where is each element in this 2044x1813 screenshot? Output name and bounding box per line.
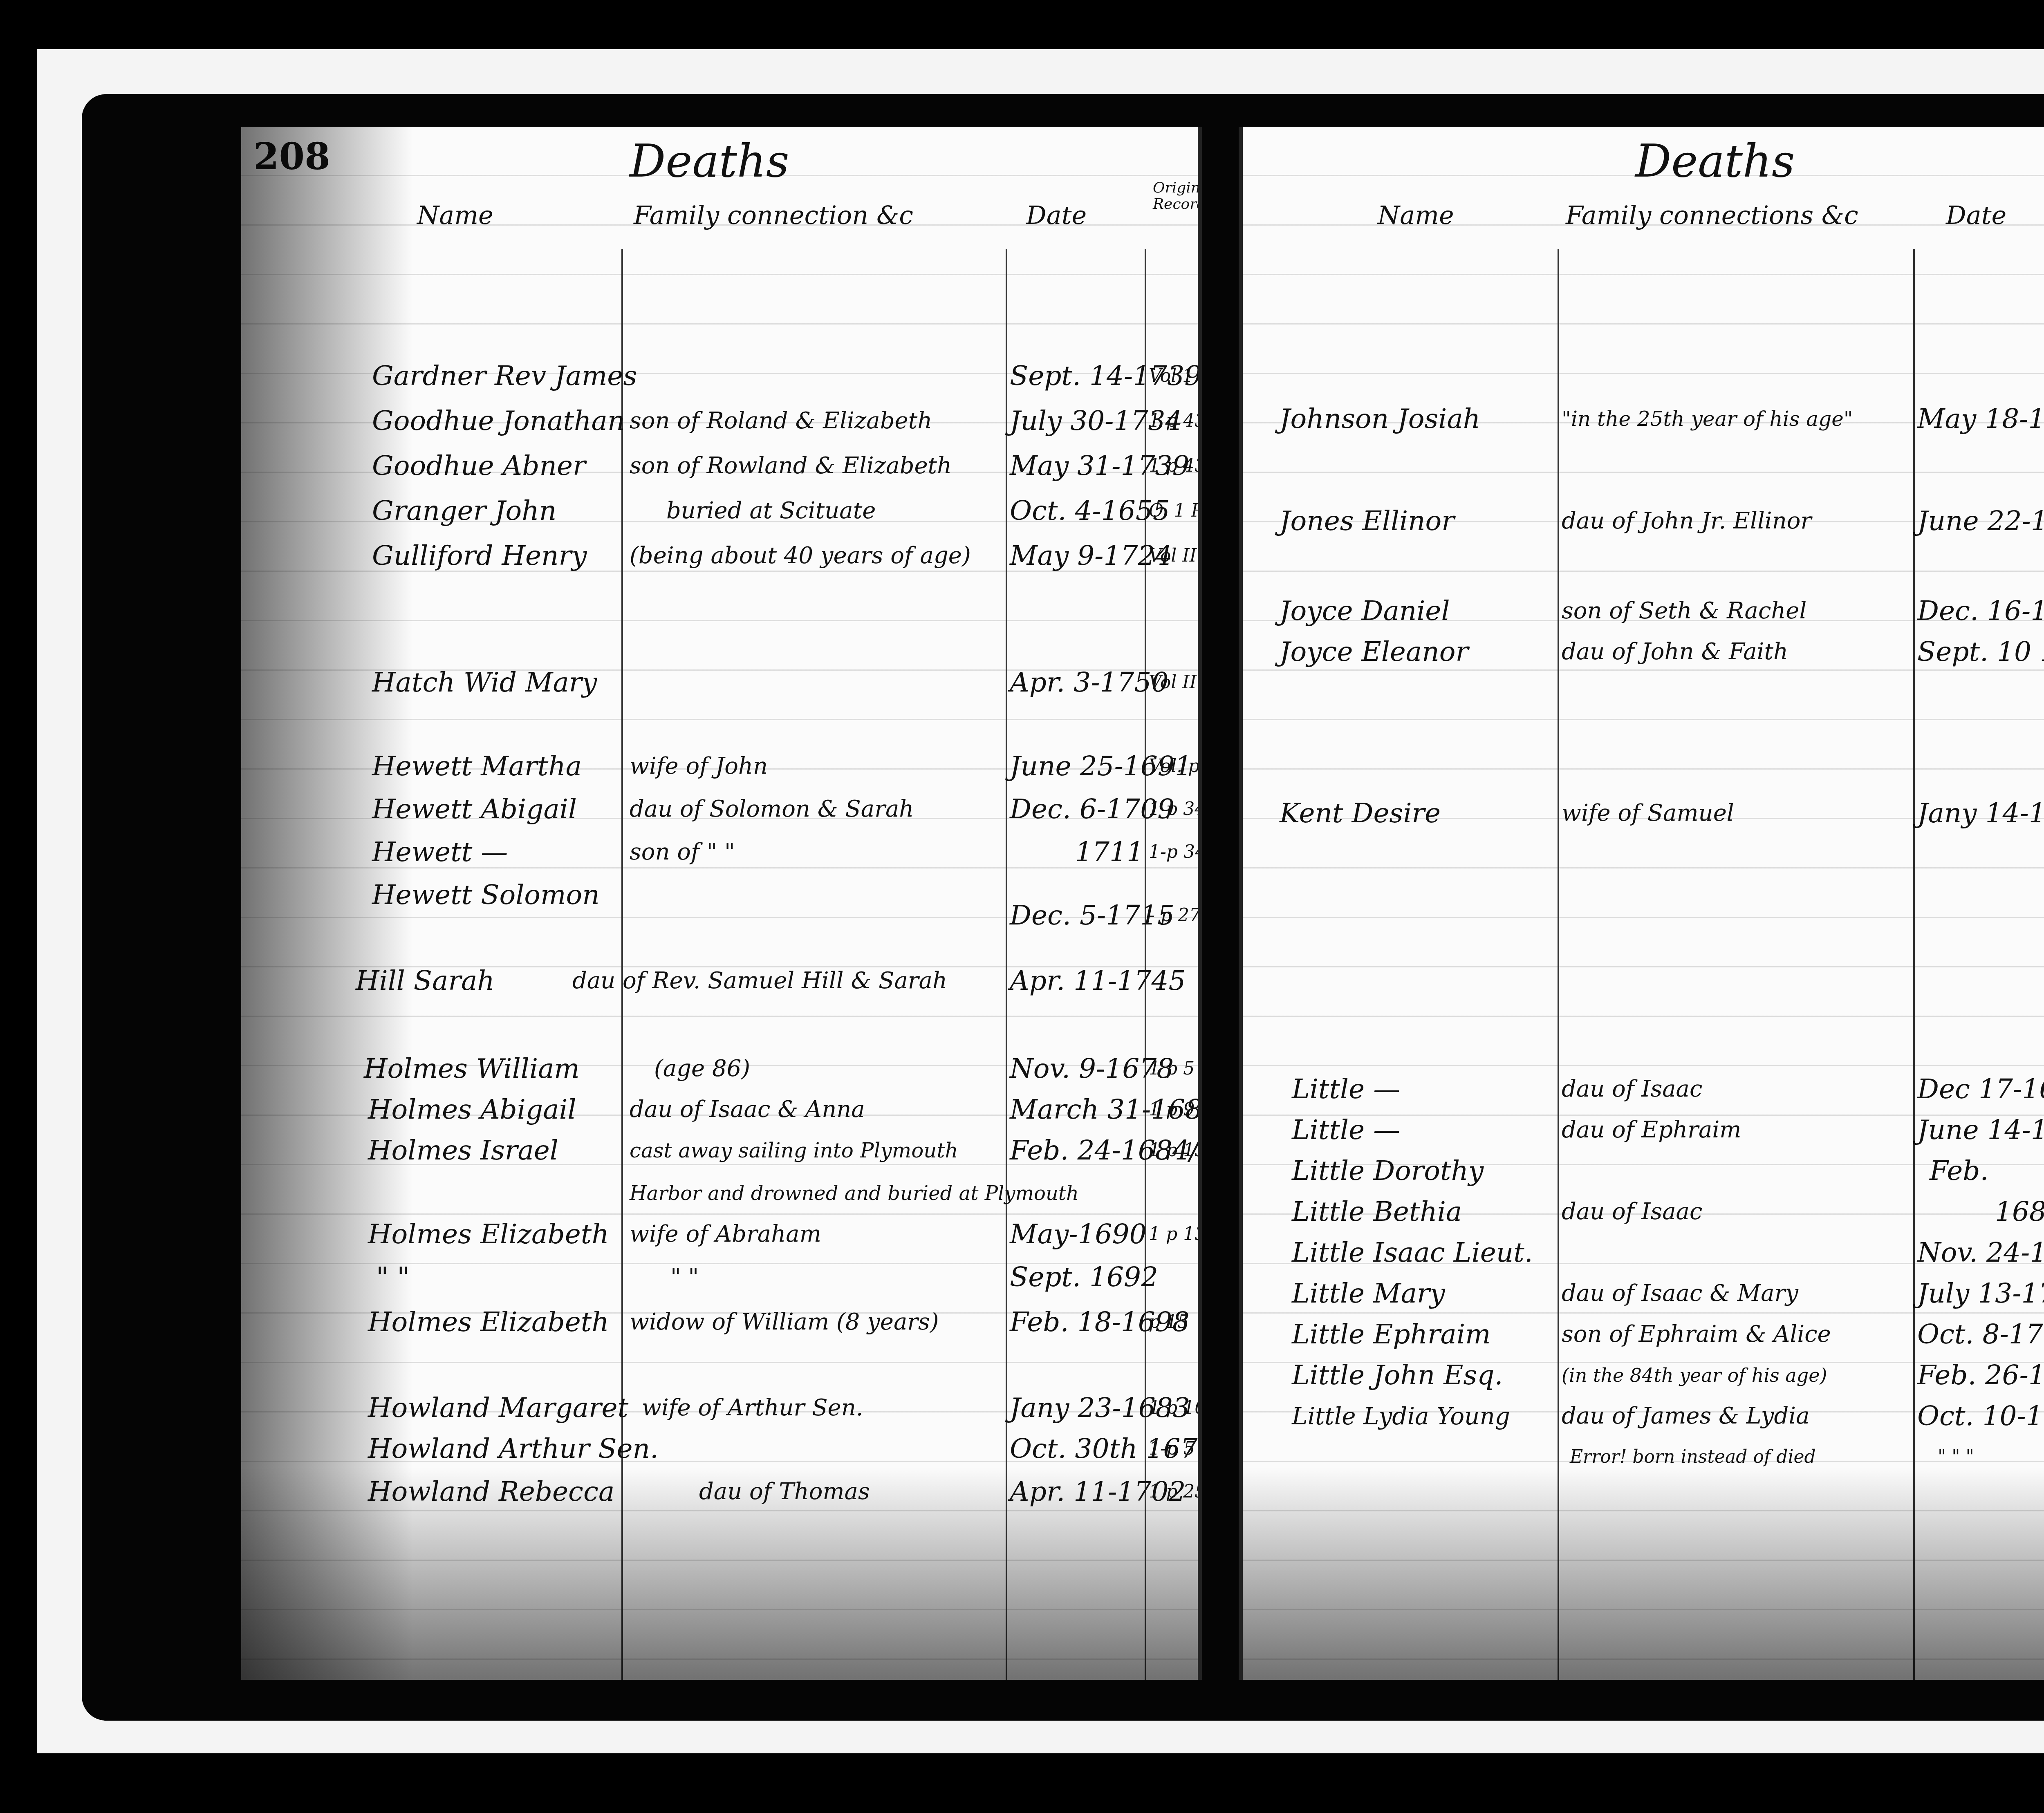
entry-date: Dec. 16-1727 <box>1917 589 2044 633</box>
table-row: Little Isaac Lieut. Nov. 24-1699 . p 19 <box>1243 1230 2044 1275</box>
entry-record: 1 p 43 <box>1149 398 1202 443</box>
table-row: Hewett Martha wife of John June 25-1691 … <box>241 744 1198 789</box>
entry-date: Apr. 3-1750 <box>1010 660 1168 705</box>
left-page: 208 Deaths Name Family connection &c Dat… <box>241 127 1202 1680</box>
column-header-name: Name <box>417 200 493 230</box>
entry-date: May 9-1724 <box>1010 533 1172 578</box>
table-row: Hatch Wid Mary Apr. 3-1750 Vol II p 109 <box>241 660 1198 705</box>
entry-record: 1 p 34 <box>1149 787 1202 832</box>
page-title: Deaths <box>630 135 789 187</box>
entry-name: Joyce Eleanor <box>1280 629 1468 674</box>
table-row: Hewett — son of " " 1711 1-p 34 <box>241 830 1198 875</box>
column-header-date: Date <box>1026 200 1087 230</box>
column-header-date: Date <box>1946 200 2006 230</box>
entry-name: Hewett — <box>372 830 508 875</box>
table-row: Gulliford Henry (being about 40 years of… <box>241 533 1198 578</box>
scan-shadow <box>1243 1467 2044 1680</box>
entry-date: June 14-1675 <box>1917 1108 2044 1153</box>
entry-name: Joyce Daniel <box>1280 589 1450 633</box>
entry-family: wife of Abraham <box>630 1212 821 1257</box>
entry-family: dau of James & Lydia <box>1562 1394 1810 1439</box>
table-row: Howland Rebecca dau of Thomas Apr. 11-17… <box>241 1469 1198 1514</box>
entry-name: Gulliford Henry <box>372 533 587 578</box>
table-row: Johnson Josiah "in the 25th year of his … <box>1243 396 2044 441</box>
entry-record: 1-p 5 <box>1149 1426 1195 1471</box>
entry-record: O. 1 P. 1 <box>1149 488 1202 533</box>
entry-family: cast away sailing into Plymouth <box>630 1128 958 1173</box>
entry-name: Hatch Wid Mary <box>372 660 597 705</box>
entry-date: June 22-1706 <box>1917 499 2044 544</box>
table-row: Little John Esq. (in the 84th year of hi… <box>1243 1353 2044 1398</box>
table-row: Little Mary dau of Isaac & Mary July 13-… <box>1243 1271 2044 1316</box>
table-row: Little Bethia dau of Isaac 1689 1 page 1… <box>1243 1189 2044 1234</box>
entry-name: Little — <box>1292 1067 1400 1112</box>
entry-date: Feb. <box>1930 1148 1988 1193</box>
table-row: Jones Ellinor dau of John Jr. Ellinor Ju… <box>1243 499 2044 544</box>
entry-date: Sept. 10 1763 <box>1917 629 2044 674</box>
column-header-family: Family connection &c <box>634 200 913 230</box>
entry-name: Goodhue Abner <box>372 443 586 488</box>
entry-family: dau of Isaac & Mary <box>1562 1271 1798 1316</box>
entry-date: Feb. 26-1767 <box>1917 1353 2044 1398</box>
entry-family: widow of William (8 years) <box>630 1300 939 1345</box>
entry-family: (age 86) <box>654 1046 750 1091</box>
entry-name: Granger John <box>372 488 556 533</box>
entry-family: dau of Isaac <box>1562 1067 1702 1112</box>
entry-family: dau of Solomon & Sarah <box>630 787 914 832</box>
entry-date: 1711 <box>1075 830 1144 875</box>
entry-name: Howland Rebecca <box>368 1469 614 1514</box>
entry-record: 1-p 34 <box>1149 830 1202 875</box>
entry-name: Holmes Elizabeth <box>368 1212 609 1257</box>
entry-date: Dec 17-1683 <box>1917 1067 2044 1112</box>
table-row: Joyce Daniel son of Seth & Rachel Dec. 1… <box>1243 589 2044 633</box>
entry-name: Little Dorothy <box>1292 1148 1484 1193</box>
table-row: Little Dorothy Feb. <box>1243 1148 2044 1193</box>
entry-family: son of Rowland & Elizabeth <box>630 443 952 488</box>
table-row: Hill Sarah dau of Rev. Samuel Hill & Sar… <box>241 958 1198 1003</box>
entry-name: Little Isaac Lieut. <box>1292 1230 1533 1275</box>
entry-date: Jany 14-1744 <box>1917 791 2044 836</box>
entry-family: dau of Thomas <box>699 1469 870 1514</box>
entry-record: 1 p 13 / 1 p 12 <box>1149 1212 1202 1257</box>
table-row: Granger John buried at Scituate Oct. 4-1… <box>241 488 1198 533</box>
entry-family: dau of Rev. Samuel Hill & Sarah <box>572 958 947 1003</box>
table-row: Goodhue Abner son of Rowland & Elizabeth… <box>241 443 1198 488</box>
table-row: Hewett Abigail dau of Solomon & Sarah De… <box>241 787 1198 832</box>
table-row: Howland Arthur Sen. Oct. 30th 1675 1-p 5 <box>241 1426 1198 1471</box>
entry-name: Little John Esq. <box>1292 1353 1503 1398</box>
entry-family: son of Ephraim & Alice <box>1562 1312 1831 1357</box>
entry-record: Vol II p 104 <box>1149 533 1202 578</box>
entry-family: dau of Ephraim <box>1562 1108 1741 1153</box>
table-row: Gardner Rev James Sept. 14-1739 Vol 1 p … <box>241 354 1198 398</box>
entry-date: 1689 <box>1995 1189 2044 1234</box>
entry-name: Holmes Israel <box>368 1128 558 1173</box>
entry-name: Jones Ellinor <box>1280 499 1455 544</box>
entry-record: 1 p 10 <box>1149 1385 1202 1430</box>
entry-name: Holmes Abigail <box>368 1087 576 1132</box>
entry-name: Little Ephraim <box>1292 1312 1491 1357</box>
table-row: Kent Desire wife of Samuel Jany 14-1744 … <box>1243 791 2044 836</box>
entry-name: Hill Sarah <box>356 958 495 1003</box>
table-row: Holmes Abigail dau of Isaac & Anna March… <box>241 1087 1198 1132</box>
entry-record: 1 p 25 <box>1149 1469 1202 1514</box>
entry-name: Howland Arthur Sen. <box>368 1426 659 1471</box>
entry-family: dau of John Jr. Ellinor <box>1562 499 1811 544</box>
entry-name: Johnson Josiah <box>1280 396 1480 441</box>
table-row: Holmes Elizabeth widow of William (8 yea… <box>241 1300 1198 1345</box>
entry-record: 1 p 43 <box>1149 443 1202 488</box>
entry-name: Holmes Elizabeth <box>368 1300 609 1345</box>
entry-name: Hewett Solomon <box>372 873 600 918</box>
table-row: Holmes William (age 86) Nov. 9-1678 1 p … <box>241 1046 1198 1091</box>
entry-family: wife of John <box>630 744 768 789</box>
entry-name: Little Bethia <box>1292 1189 1462 1234</box>
entry-date: Oct. 10-1790 <box>1917 1394 2044 1439</box>
entry-family: Error! born instead of died <box>1570 1435 1816 1479</box>
entry-family: buried at Scituate <box>666 488 876 533</box>
entry-record: Vol II p 109 <box>1149 660 1202 705</box>
entry-family: son of Roland & Elizabeth <box>630 398 932 443</box>
entry-family: wife of Arthur Sen. <box>642 1385 863 1430</box>
entry-name: Hewett Abigail <box>372 787 577 832</box>
entry-record: 1 p 13 <box>1149 1128 1202 1173</box>
entry-date: " " " <box>1938 1435 1974 1479</box>
entry-date: Apr. 11-1745 <box>1010 958 1186 1003</box>
column-header-name: Name <box>1378 200 1454 230</box>
entry-family: "in the 25th year of his age" <box>1562 396 1853 441</box>
entry-date: May 18-1724 <box>1917 396 2044 441</box>
entry-date: May-1690 <box>1010 1212 1146 1257</box>
entry-record: 1 p 9 <box>1149 1087 1195 1132</box>
table-row: Howland Margaret wife of Arthur Sen. Jan… <box>241 1385 1198 1430</box>
entry-name: Goodhue Jonathan <box>372 398 625 443</box>
entry-family: dau of John & Faith <box>1562 629 1788 674</box>
entry-name: Little Lydia Young <box>1292 1394 1510 1439</box>
column-header-family: Family connections &c <box>1566 200 1858 230</box>
entry-family: " " <box>670 1255 699 1300</box>
entry-family: (being about 40 years of age) <box>630 533 971 578</box>
entry-family: (in the 84th year of his age) <box>1562 1353 1827 1398</box>
page-title: Deaths <box>1635 135 1795 187</box>
entry-family: son of " " <box>630 830 735 875</box>
entry-date: Sept. 1692 <box>1010 1255 1158 1300</box>
entry-date: Nov. 24-1699 <box>1917 1230 2044 1275</box>
table-row: Holmes Israel cast away sailing into Ply… <box>241 1128 1198 1173</box>
right-page: Deaths 209 Name Family connections &c Da… <box>1239 127 2044 1680</box>
entry-date: Oct. 4-1655 <box>1010 488 1170 533</box>
table-row: Joyce Eleanor dau of John & Faith Sept. … <box>1243 629 2044 674</box>
entry-name: Little Mary <box>1292 1271 1445 1316</box>
table-row: Holmes Elizabeth wife of Abraham May-169… <box>241 1212 1198 1257</box>
entry-name: Gardner Rev James <box>372 354 637 398</box>
table-row: " " " " Sept. 1692 <box>241 1255 1198 1300</box>
entry-record: 1 p 5 <box>1149 1046 1195 1091</box>
entry-name: Little — <box>1292 1108 1400 1153</box>
entry-record: Vol. page 12 <box>1149 744 1202 789</box>
entry-record: Vol 1 p 42 <box>1149 354 1202 398</box>
entry-family: dau of Isaac & Anna <box>630 1087 865 1132</box>
entry-family: Harbor and drowned and buried at Plymout… <box>630 1171 1079 1216</box>
entry-record: - p 27 <box>1149 893 1201 938</box>
table-row: Hewett Solomon Dec. 5-1715 - p 27 <box>241 873 1198 918</box>
table-row-annotation: Error! born instead of died " " " <box>1243 1435 2044 1479</box>
entry-date: July 13-1723 <box>1917 1271 2044 1316</box>
page-number: 208 <box>253 135 330 178</box>
table-row-continuation: Harbor and drowned and buried at Plymout… <box>241 1171 1198 1216</box>
entry-date: Oct. 8-1765 <box>1917 1312 2044 1357</box>
table-row: Little Ephraim son of Ephraim & Alice Oc… <box>1243 1312 2044 1357</box>
entry-family: son of Seth & Rachel <box>1562 589 1806 633</box>
table-row: Little — dau of Ephraim June 14-1675 1 p… <box>1243 1108 2044 1153</box>
entry-name: " " <box>376 1255 410 1300</box>
table-row: Goodhue Jonathan son of Roland & Elizabe… <box>241 398 1198 443</box>
column-header-record: Original Record <box>1153 180 1198 213</box>
entry-family: dau of Isaac <box>1562 1189 1702 1234</box>
table-row: Little — dau of Isaac Dec 17-1683 1 p 10 <box>1243 1067 2044 1112</box>
table-row: Little Lydia Young dau of James & Lydia … <box>1243 1394 2044 1439</box>
entry-family: wife of Samuel <box>1562 791 1734 836</box>
entry-name: Howland Margaret <box>368 1385 628 1430</box>
entry-name: Holmes William <box>364 1046 580 1091</box>
entry-name: Kent Desire <box>1280 791 1441 836</box>
entry-name: Hewett Martha <box>372 744 582 789</box>
entry-record: p 15 <box>1149 1300 1189 1345</box>
